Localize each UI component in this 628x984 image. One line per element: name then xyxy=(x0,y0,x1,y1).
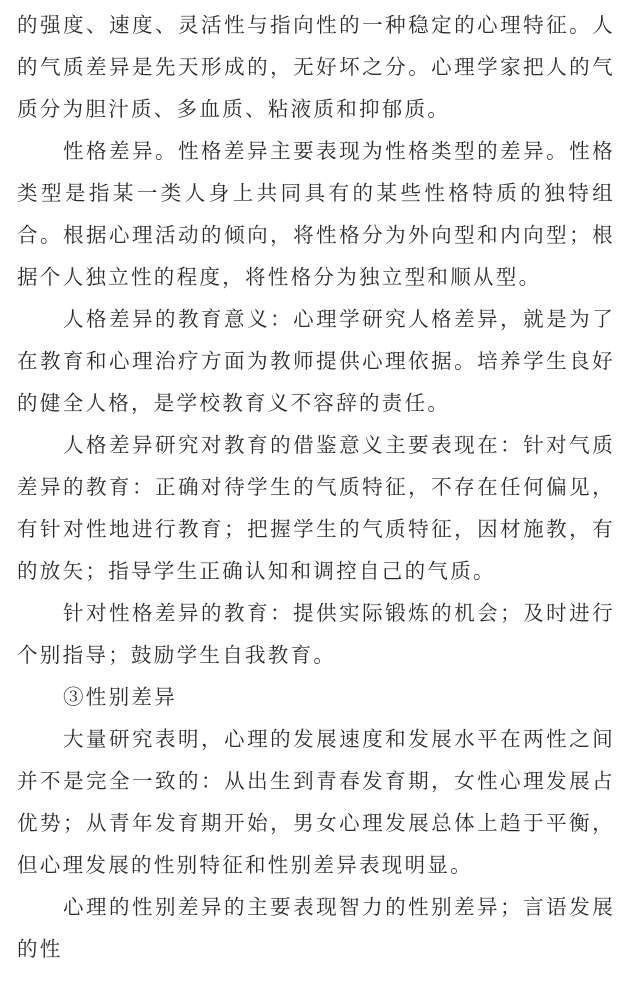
paragraph-gender-manifestations: 心理的性别差异的主要表现智力的性别差异；言语发展的性 xyxy=(17,886,615,970)
section-heading-gender-difference: ③性别差异 xyxy=(17,676,615,718)
paragraph-educational-significance: 人格差异的教育意义：心理学研究人格差异，就是为了在教育和心理治疗方面为教师提供心… xyxy=(17,298,615,424)
document-page: 的强度、速度、灵活性与指向性的一种稳定的心理特征。人的气质差异是先天形成的，无好… xyxy=(17,4,615,970)
paragraph-temperament-education: 人格差异研究对教育的借鉴意义主要表现在：针对气质差异的教育：正确对待学生的气质特… xyxy=(17,424,615,592)
paragraph-gender-development: 大量研究表明，心理的发展速度和发展水平在两性之间并不是完全一致的：从出生到青春发… xyxy=(17,718,615,886)
paragraph-personality-difference: 性格差异。性格差异主要表现为性格类型的差异。性格类型是指某一类人身上共同具有的某… xyxy=(17,130,615,298)
paragraph-character-education: 针对性格差异的教育：提供实际锻炼的机会；及时进行个别指导；鼓励学生自我教育。 xyxy=(17,592,615,676)
paragraph-temperament-types: 的强度、速度、灵活性与指向性的一种稳定的心理特征。人的气质差异是先天形成的，无好… xyxy=(17,4,615,130)
